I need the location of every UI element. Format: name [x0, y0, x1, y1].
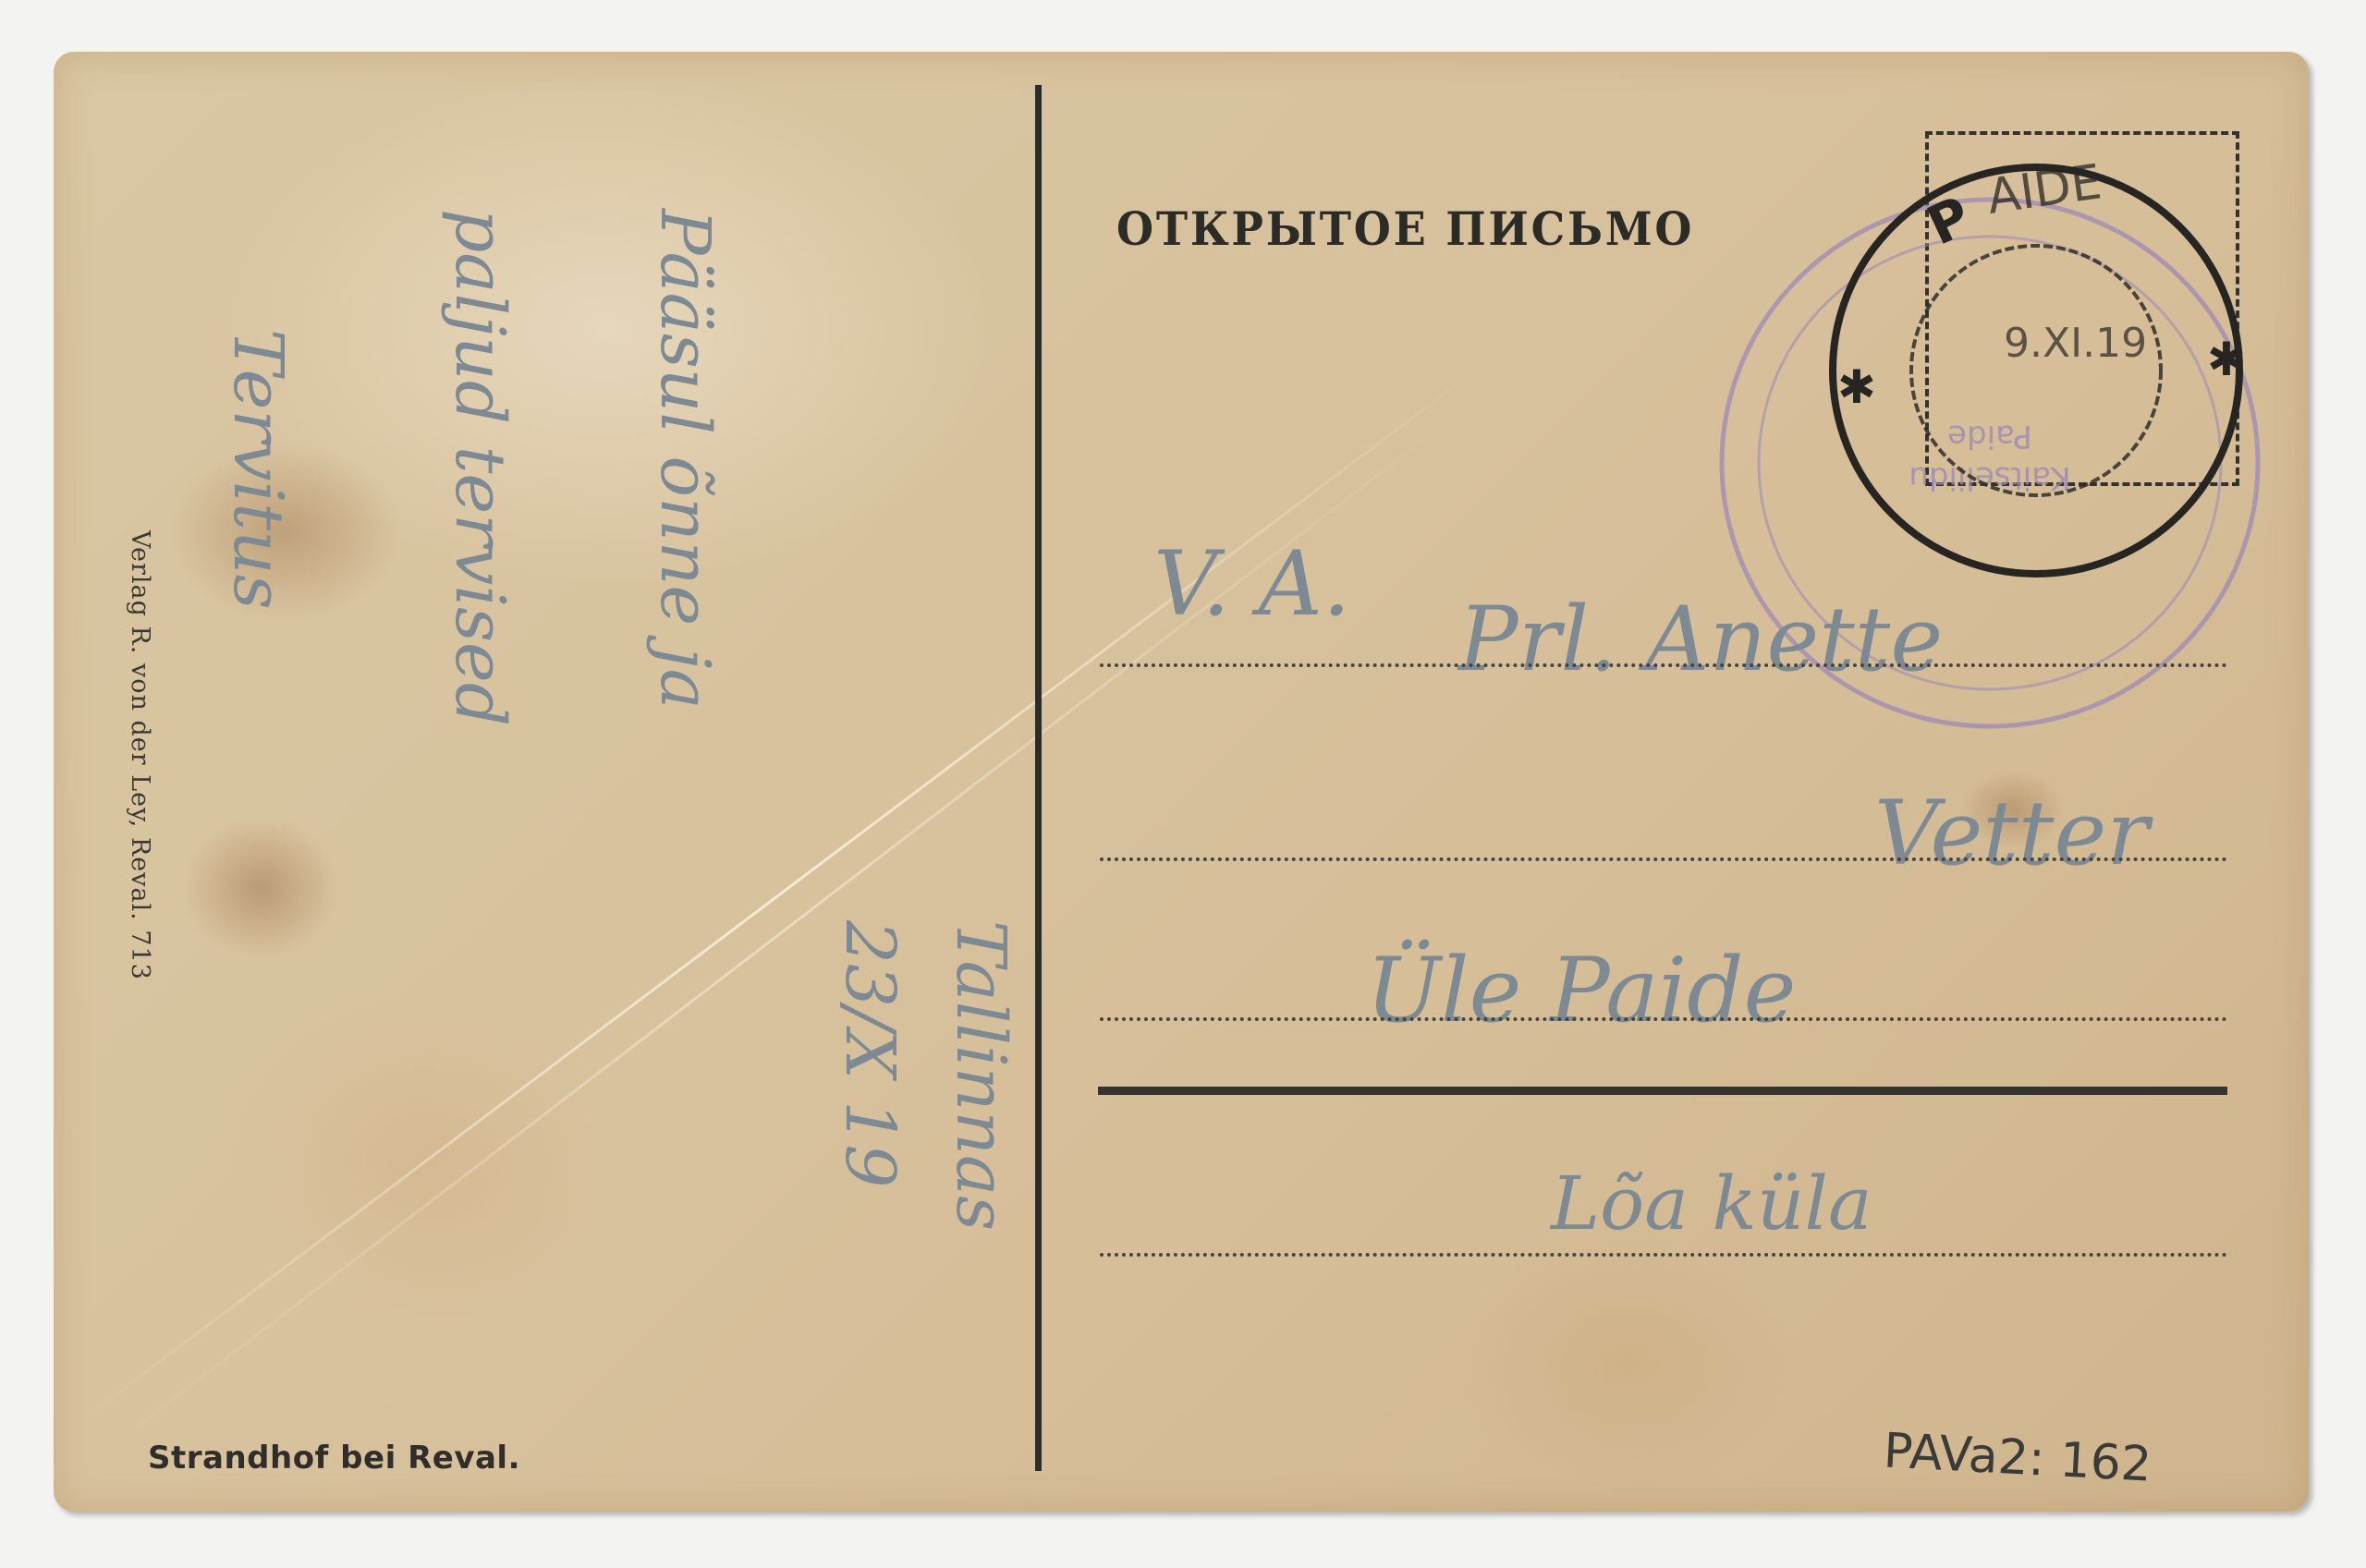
address-solid-rule: [1098, 1087, 2227, 1095]
svg-text:AIDE: AIDE: [1983, 154, 2104, 225]
address-line-4: [1100, 1253, 2227, 1257]
postcard: Verlag R. von der Ley, Reval. 713 Strand…: [54, 52, 2309, 1512]
postmark-icon: P AIDE ✱ ✱ 9.XI.19: [1805, 135, 2267, 588]
message-column-2: paljud tervised: [440, 209, 519, 726]
address-line-3: [1100, 1017, 2227, 1021]
address-line-2: [1100, 857, 2227, 861]
archive-number: PAVa2: 162: [1883, 1423, 2153, 1492]
svg-text:✱: ✱: [1837, 360, 1876, 414]
postcard-title: ОТКРЫТОЕ ПИСЬМО: [1116, 201, 1694, 256]
svg-text:9.XI.19: 9.XI.19: [2004, 320, 2147, 367]
picture-caption: Strandhof bei Reval.: [148, 1440, 520, 1477]
message-place: Tallinnas: [941, 920, 1020, 1231]
svg-text:✱: ✱: [2207, 333, 2246, 386]
publisher-imprint: Verlag R. von der Ley, Reval. 713: [126, 530, 154, 980]
message-column-3: Pääsul õnne ja: [645, 209, 725, 710]
address-town: Üle Paide: [1366, 939, 1796, 1042]
address-surname: Vetter: [1874, 782, 2149, 885]
address-line-1: [1100, 663, 2227, 667]
address-salutation: V. A.: [1153, 532, 1350, 636]
message-date: 23/X 19: [830, 920, 909, 1187]
address-village: Lõa küla: [1551, 1161, 1872, 1246]
message-column-1: Tervitus: [218, 329, 298, 610]
center-divider: [1035, 85, 1042, 1471]
address-name: Prl. Anette: [1458, 588, 1943, 691]
